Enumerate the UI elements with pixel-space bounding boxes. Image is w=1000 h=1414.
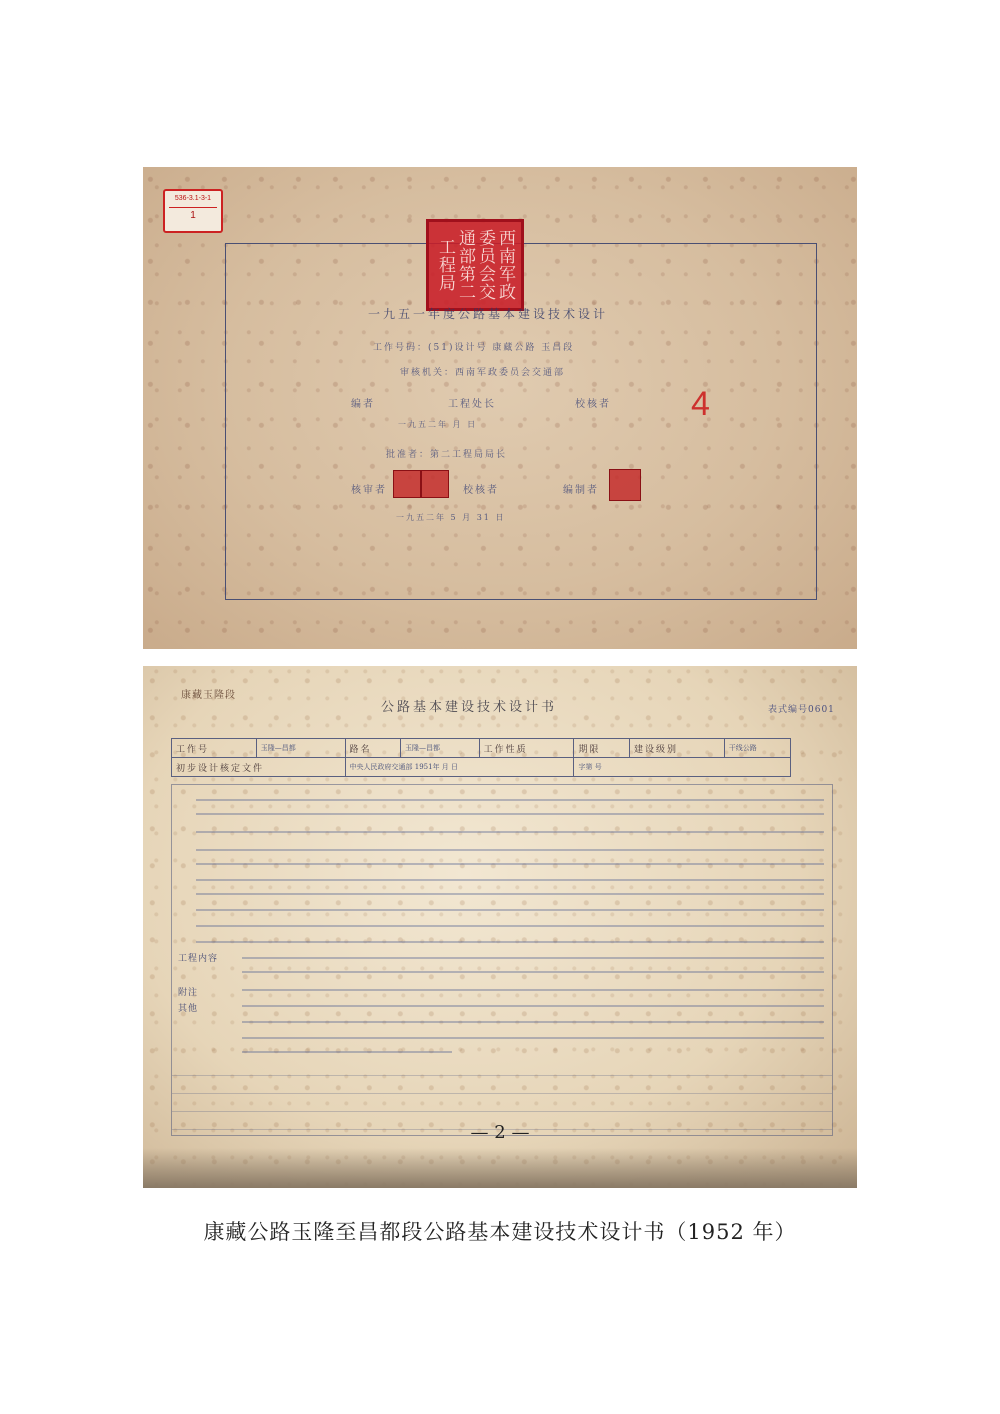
cover-line-6-mid: 校核者 — [463, 481, 499, 496]
cell-label: 工作号 — [172, 739, 257, 758]
handwriting-line — [242, 971, 824, 973]
cell-label: 路名 — [345, 739, 400, 758]
cell-label: 建设级别 — [629, 739, 724, 758]
handwriting-line — [196, 813, 824, 815]
cover-line-3-left: 编者 — [351, 395, 375, 410]
archive-code: 536-3.1-3-1 — [165, 191, 221, 207]
cover-line-4: 一九五二年 月 日 — [398, 419, 477, 430]
header-table: 工作号 玉隆—昌都 路名 玉隆—昌都 工作性质 期限 建设级别 干线公路 初步设… — [171, 738, 791, 777]
handwriting-line — [196, 849, 824, 851]
small-seal-2 — [421, 470, 449, 498]
side-label-other: 其他 — [178, 1001, 198, 1014]
small-seal-3 — [609, 469, 641, 501]
red-seal: 西南军政委员会交通部第二工程局 — [426, 219, 524, 311]
small-seal-1 — [393, 470, 421, 498]
document-title: 公路基本建设技术设计书 — [381, 696, 557, 715]
cell-value: 玉隆—昌都 — [256, 739, 345, 758]
handwriting-line — [196, 941, 824, 943]
cell-label: 初步设计核定文件 — [172, 758, 346, 777]
cover-line-5: 批准者：第二工程局局长 — [386, 447, 507, 460]
handwriting-line — [196, 909, 824, 911]
cover-line-1: 工作号码：(51)设计号 康藏公路 玉昌段 — [373, 340, 574, 353]
handwriting-line — [196, 893, 824, 895]
cover-line-3-mid: 工程处长 — [448, 395, 496, 410]
archive-label: 536-3.1-3-1 1 — [163, 189, 223, 233]
ruled-line — [172, 1093, 832, 1094]
handwriting-line — [242, 1051, 452, 1053]
cover-line-6-left: 核审者 — [351, 481, 387, 496]
archive-number: 1 — [169, 207, 217, 224]
handwriting-line — [196, 831, 824, 833]
handwriting-line — [196, 925, 824, 927]
handwriting-line — [242, 1037, 824, 1039]
cover-line-2: 审核机关：西南军政委员会交通部 — [400, 365, 565, 378]
handwriting-line — [242, 1021, 824, 1023]
cell-value: 玉隆—昌都 — [400, 739, 479, 758]
archive-photo-design-sheet: 康藏玉隆段 表式编号0601 公路基本建设技术设计书 工作号 玉隆—昌都 路名 … — [143, 666, 857, 1188]
cell-label: 期限 — [574, 739, 629, 758]
cover-line-6-right: 编制者 — [563, 481, 599, 496]
handwriting-line — [242, 1005, 824, 1007]
handwriting-line — [196, 799, 824, 801]
red-handwritten-mark: 4 — [691, 385, 710, 424]
handwriting-line — [242, 957, 824, 959]
cover-line-3-right: 校核者 — [575, 395, 611, 410]
archive-photo-cover-page: 536-3.1-3-1 1 西南军政委员会交通部第二工程局 一九五一年度公路基本… — [143, 167, 857, 649]
handwriting-line — [242, 989, 824, 991]
ruled-line — [172, 1111, 832, 1112]
corner-note-left: 康藏玉隆段 — [181, 686, 236, 701]
cell-value: 干线公路 — [724, 739, 790, 758]
cover-date: 一九五二年 5 月 31 日 — [396, 512, 505, 523]
handwriting-line — [196, 879, 824, 881]
cell-value: 字第 号 — [574, 758, 791, 777]
side-label-content: 工程内容 — [178, 951, 218, 964]
side-label-notes: 附注 — [178, 985, 198, 998]
ruled-line — [172, 1075, 832, 1076]
page-number: — 2 — — [0, 1122, 1000, 1143]
corner-note-right: 表式编号0601 — [768, 702, 835, 715]
figure-caption: 康藏公路玉隆至昌都段公路基本建设技术设计书（1952 年） — [0, 1216, 1000, 1246]
cell-label: 工作性质 — [479, 739, 574, 758]
handwritten-body: 工程内容 附注 其他 — [171, 784, 833, 1136]
cell-value: 中央人民政府交通部 1951年 月 日 — [345, 758, 574, 777]
handwriting-line — [196, 863, 824, 865]
cover-title: 一九五一年度公路基本建设技术设计 — [368, 305, 608, 322]
